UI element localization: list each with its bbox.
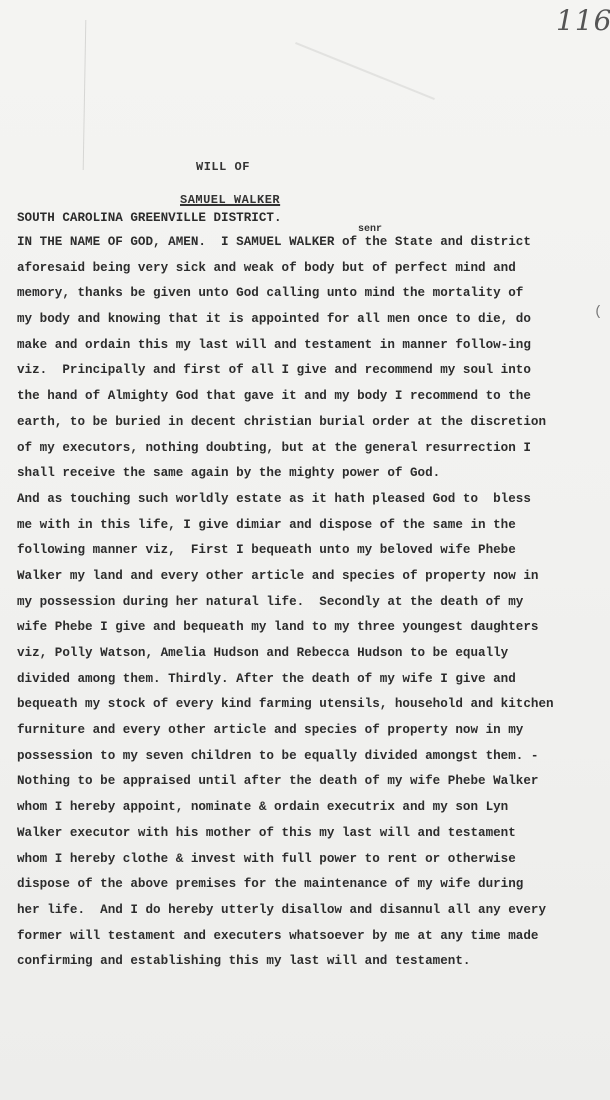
text-line: the hand of Almighty God that gave it an… xyxy=(17,384,607,410)
text-line: confirming and establishing this my last… xyxy=(17,949,607,975)
text-line: her life. And I do hereby utterly disall… xyxy=(17,898,607,924)
text-line: aforesaid being very sick and weak of bo… xyxy=(17,256,607,282)
text-line: viz, Polly Watson, Amelia Hudson and Reb… xyxy=(17,641,607,667)
text-line: following manner viz, First I bequeath u… xyxy=(17,538,607,564)
text-line: memory, thanks be given unto God calling… xyxy=(17,281,607,307)
text-line: my possession during her natural life. S… xyxy=(17,590,607,616)
text-line: me with in this life, I give dimiar and … xyxy=(17,513,607,539)
text-line: viz. Principally and first of all I give… xyxy=(17,358,607,384)
text-line: wife Phebe I give and bequeath my land t… xyxy=(17,615,607,641)
smudge-mark xyxy=(295,42,435,100)
document-subtitle: SAMUEL WALKER xyxy=(180,193,280,207)
text-line: shall receive the same again by the migh… xyxy=(17,461,607,487)
document-title: WILL OF xyxy=(196,160,250,174)
text-line: my body and knowing that it is appointed… xyxy=(17,307,607,333)
text-line: former will testament and executers what… xyxy=(17,924,607,950)
document-page: 116 WILL OF SAMUEL WALKER senr ( SOUTH C… xyxy=(0,0,610,1100)
text-line: divided among them. Thirdly. After the d… xyxy=(17,667,607,693)
text-line: whom I hereby appoint, nominate & ordain… xyxy=(17,795,607,821)
text-line: of my executors, nothing doubting, but a… xyxy=(17,436,607,462)
text-line: And as touching such worldly estate as i… xyxy=(17,487,607,513)
text-line: make and ordain this my last will and te… xyxy=(17,333,607,359)
text-line: Nothing to be appraised until after the … xyxy=(17,769,607,795)
text-line: earth, to be buried in decent christian … xyxy=(17,410,607,436)
text-line: whom I hereby clothe & invest with full … xyxy=(17,847,607,873)
text-line: dispose of the above premises for the ma… xyxy=(17,872,607,898)
fold-line xyxy=(83,20,87,170)
page-number: 116 xyxy=(556,4,610,37)
text-line: Walker my land and every other article a… xyxy=(17,564,607,590)
text-line: SOUTH CAROLINA GREENVILLE DISTRICT. xyxy=(17,207,607,230)
text-line: Walker executor with his mother of this … xyxy=(17,821,607,847)
will-body: SOUTH CAROLINA GREENVILLE DISTRICT. IN T… xyxy=(17,207,607,975)
text-line: bequeath my stock of every kind farming … xyxy=(17,692,607,718)
text-line: furniture and every other article and sp… xyxy=(17,718,607,744)
text-line: possession to my seven children to be eq… xyxy=(17,744,607,770)
text-line: IN THE NAME OF GOD, AMEN. I SAMUEL WALKE… xyxy=(17,230,607,256)
